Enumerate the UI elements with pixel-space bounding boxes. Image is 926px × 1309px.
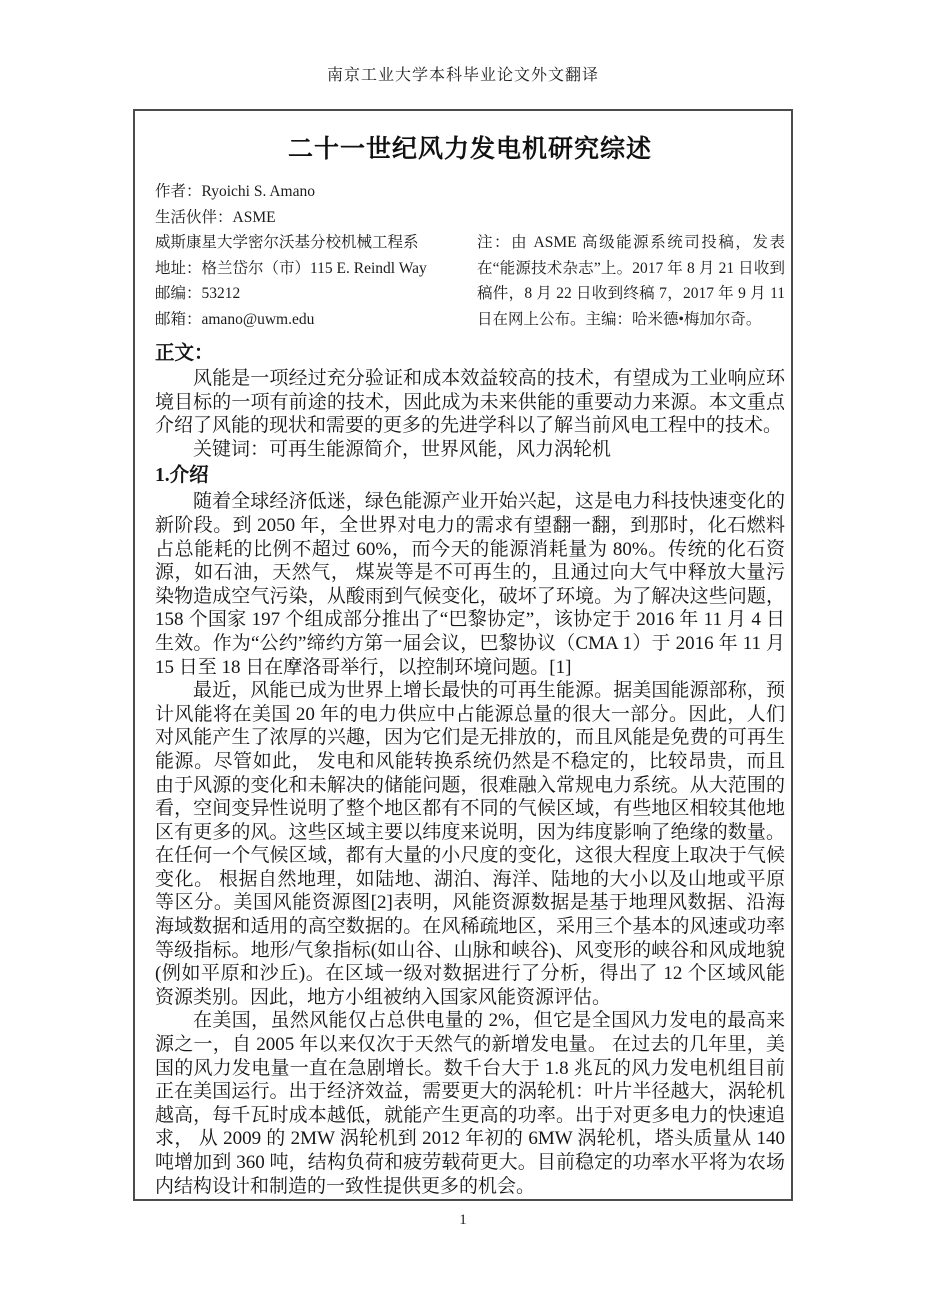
document-page: 南京工业大学本科毕业论文外文翻译 二十一世纪风力发电机研究综述 作者：Ryoic… xyxy=(0,0,926,1309)
document-title: 二十一世纪风力发电机研究综述 xyxy=(155,129,785,165)
abstract-paragraph: 风能是一项经过充分验证和成本效益较高的技术，有望成为工业响应环境目标的一项有前途… xyxy=(155,367,785,438)
intro-paragraph-2: 最近，风能已成为世界上增长最快的可再生能源。据美国能源部称，预计风能将在美国 2… xyxy=(155,679,785,1009)
document-frame: 二十一世纪风力发电机研究综述 作者：Ryoichi S. Amano 生活伙伴：… xyxy=(133,109,793,1201)
document-body: 正文： 风能是一项经过充分验证和成本效益较高的技术，有望成为工业响应环境目标的一… xyxy=(155,341,785,1198)
page-number: 1 xyxy=(0,1212,926,1229)
keywords-line: 关键词：可再生能源简介，世界风能，风力涡轮机 xyxy=(155,438,785,462)
page-header: 南京工业大学本科毕业论文外文翻译 xyxy=(0,0,926,85)
author-line: 作者：Ryoichi S. Amano xyxy=(155,179,477,205)
address-line: 地址：格兰岱尔（市）115 E. Reindl Way xyxy=(155,256,477,282)
zip-line: 邮编：53212 xyxy=(155,281,477,307)
fellow-line: 生活伙伴：ASME xyxy=(155,205,477,231)
intro-paragraph-3: 在美国，虽然风能仅占总供电量的 2%，但它是全国风力发电的最高来源之一，自 20… xyxy=(155,1009,785,1198)
author-block: 作者：Ryoichi S. Amano 生活伙伴：ASME 威斯康星大学密尔沃基… xyxy=(155,179,785,332)
editor-note: 注：由 ASME 高级能源系统司投稿，发表在“能源技术杂志”上。2017 年 8… xyxy=(477,179,785,332)
author-info-column: 作者：Ryoichi S. Amano 生活伙伴：ASME 威斯康星大学密尔沃基… xyxy=(155,179,477,332)
intro-paragraph-1: 随着全球经济低迷，绿色能源产业开始兴起，这是电力科技快速变化的新阶段。到 205… xyxy=(155,490,785,679)
affiliation-line: 威斯康星大学密尔沃基分校机械工程系 xyxy=(155,230,477,256)
email-line: 邮箱：amano@uwm.edu xyxy=(155,307,477,333)
section-heading-introduction: 1.介绍 xyxy=(155,462,785,489)
body-label: 正文： xyxy=(155,341,785,367)
